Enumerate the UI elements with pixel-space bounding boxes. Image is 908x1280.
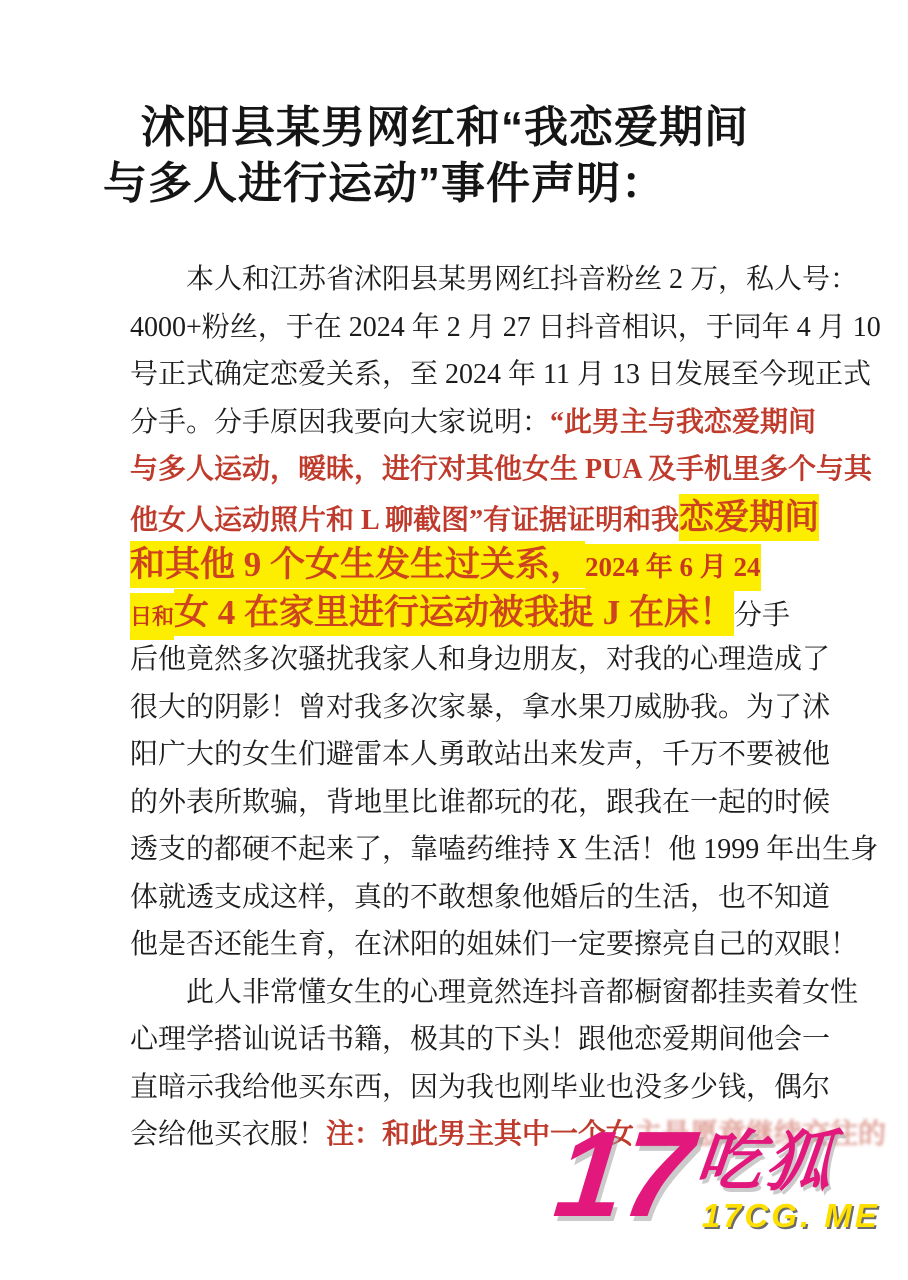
text-run: 分手。分手原因我要向大家说明： (130, 407, 550, 438)
text-run: 号正式确定恋爱关系，至 2024 年 11 月 13 日发展至今现正式 (130, 359, 871, 390)
text-run: 2024 年 6 月 24 (585, 544, 761, 591)
text-run: 透支的都硬不起来了，靠嗑药维持 X 生活！他 1999 年出生身 (130, 834, 878, 865)
text-run: 体就透支成这样，真的不敢想象他婚后的生活，也不知道 (130, 882, 830, 913)
text-line: 号正式确定恋爱关系，至 2024 年 11 月 13 日发展至今现正式 (130, 351, 820, 399)
text-line: 会给他买衣服！注：和此男主其中一个女主是愿意继续交往的 (130, 1111, 820, 1159)
text-run: 女 4 在家里进行运动被我捉 J 在床！ (174, 589, 734, 636)
text-run: 后他竟然多次骚扰我家人和身边朋友，对我的心理造成了 (130, 644, 830, 675)
page-title: 沭阳县某男网红和“我恋爱期间 与多人进行运动”事件声明： (103, 100, 823, 212)
text-line: 此人非常懂女生的心理竟然连抖音都橱窗都挂卖着女性 (130, 969, 820, 1017)
text-line: 他女人运动照片和 L 聊截图”有证据证明和我恋爱期间 (130, 494, 820, 542)
text-run: 的外表所欺骗，背地里比谁都玩的花，跟我在一起的时候 (130, 787, 830, 818)
text-run: 直暗示我给他买东西，因为我也刚毕业也没多少钱，偶尔 (130, 1072, 830, 1103)
text-line: 分手。分手原因我要向大家说明：“此男主与我恋爱期间 (130, 399, 820, 447)
watermark-site-url: 17CG. ME (702, 1198, 880, 1234)
text-line: 日和女 4 在家里进行运动被我捉 J 在床！分手 (130, 589, 820, 637)
text-line: 很大的阴影！曾对我多次家暴，拿水果刀威胁我。为了沭 (130, 684, 820, 732)
text-run: 阳广大的女生们避雷本人勇敢站出来发声，千万不要被他 (130, 739, 830, 770)
text-run: 本人和江苏省沭阳县某男网红抖音粉丝 2 万，私人号： (186, 264, 858, 295)
text-line: 体就透支成这样，真的不敢想象他婚后的生活，也不知道 (130, 874, 820, 922)
text-line: 直暗示我给他买东西，因为我也刚毕业也没多少钱，偶尔 (130, 1064, 820, 1112)
text-line: 本人和江苏省沭阳县某男网红抖音粉丝 2 万，私人号： (130, 256, 820, 304)
text-run: 此人非常懂女生的心理竟然连抖音都橱窗都挂卖着女性 (186, 977, 858, 1008)
text-run: 心理学搭讪说话书籍，极其的下头！跟他恋爱期间他会一 (130, 1024, 830, 1055)
text-run: 会给他买衣服！ (130, 1119, 326, 1150)
text-run: 恋爱期间 (679, 494, 819, 541)
text-run: 很大的阴影！曾对我多次家暴，拿水果刀威胁我。为了沭 (130, 692, 830, 723)
text-line: 后他竟然多次骚扰我家人和身边朋友，对我的心理造成了 (130, 636, 820, 684)
title-line-1: 沭阳县某男网红和“我恋爱期间 (103, 100, 823, 156)
text-run: “此男主与我恋爱期间 (550, 407, 816, 438)
text-run: 主是愿意继续交往的 (634, 1119, 886, 1150)
text-run: 和其他 9 个女生发生过关系， (130, 541, 585, 588)
text-run: 与多人运动，暧昧，进行对其他女生 PUA 及手机里多个与其 (130, 454, 872, 485)
statement-body: 本人和江苏省沭阳县某男网红抖音粉丝 2 万，私人号：4000+粉丝，于在 202… (130, 256, 820, 1159)
title-line-2: 与多人进行运动”事件声明： (103, 156, 823, 212)
text-run: 日和 (130, 593, 174, 640)
text-run: 他是否还能生育，在沭阳的姐妹们一定要擦亮自己的双眼！ (130, 929, 858, 960)
text-line: 与多人运动，暧昧，进行对其他女生 PUA 及手机里多个与其 (130, 446, 820, 494)
document-page: 沭阳县某男网红和“我恋爱期间 与多人进行运动”事件声明： 本人和江苏省沭阳县某男… (0, 0, 908, 1280)
text-line: 的外表所欺骗，背地里比谁都玩的花，跟我在一起的时候 (130, 779, 820, 827)
text-line: 和其他 9 个女生发生过关系，2024 年 6 月 24 (130, 541, 820, 589)
text-run: 分手 (734, 600, 790, 631)
text-run: 4000+粉丝，于在 2024 年 2 月 27 日抖音相识，于同年 4 月 1… (130, 312, 881, 343)
text-line: 透支的都硬不起来了，靠嗑药维持 X 生活！他 1999 年出生身 (130, 826, 820, 874)
text-run: 注：和此男主其中一个女 (326, 1119, 634, 1150)
text-line: 阳广大的女生们避雷本人勇敢站出来发声，千万不要被他 (130, 731, 820, 779)
text-line: 心理学搭讪说话书籍，极其的下头！跟他恋爱期间他会一 (130, 1016, 820, 1064)
text-line: 4000+粉丝，于在 2024 年 2 月 27 日抖音相识，于同年 4 月 1… (130, 304, 820, 352)
text-line: 他是否还能生育，在沭阳的姐妹们一定要擦亮自己的双眼！ (130, 921, 820, 969)
text-run: 他女人运动照片和 L 聊截图”有证据证明和我 (130, 505, 679, 536)
